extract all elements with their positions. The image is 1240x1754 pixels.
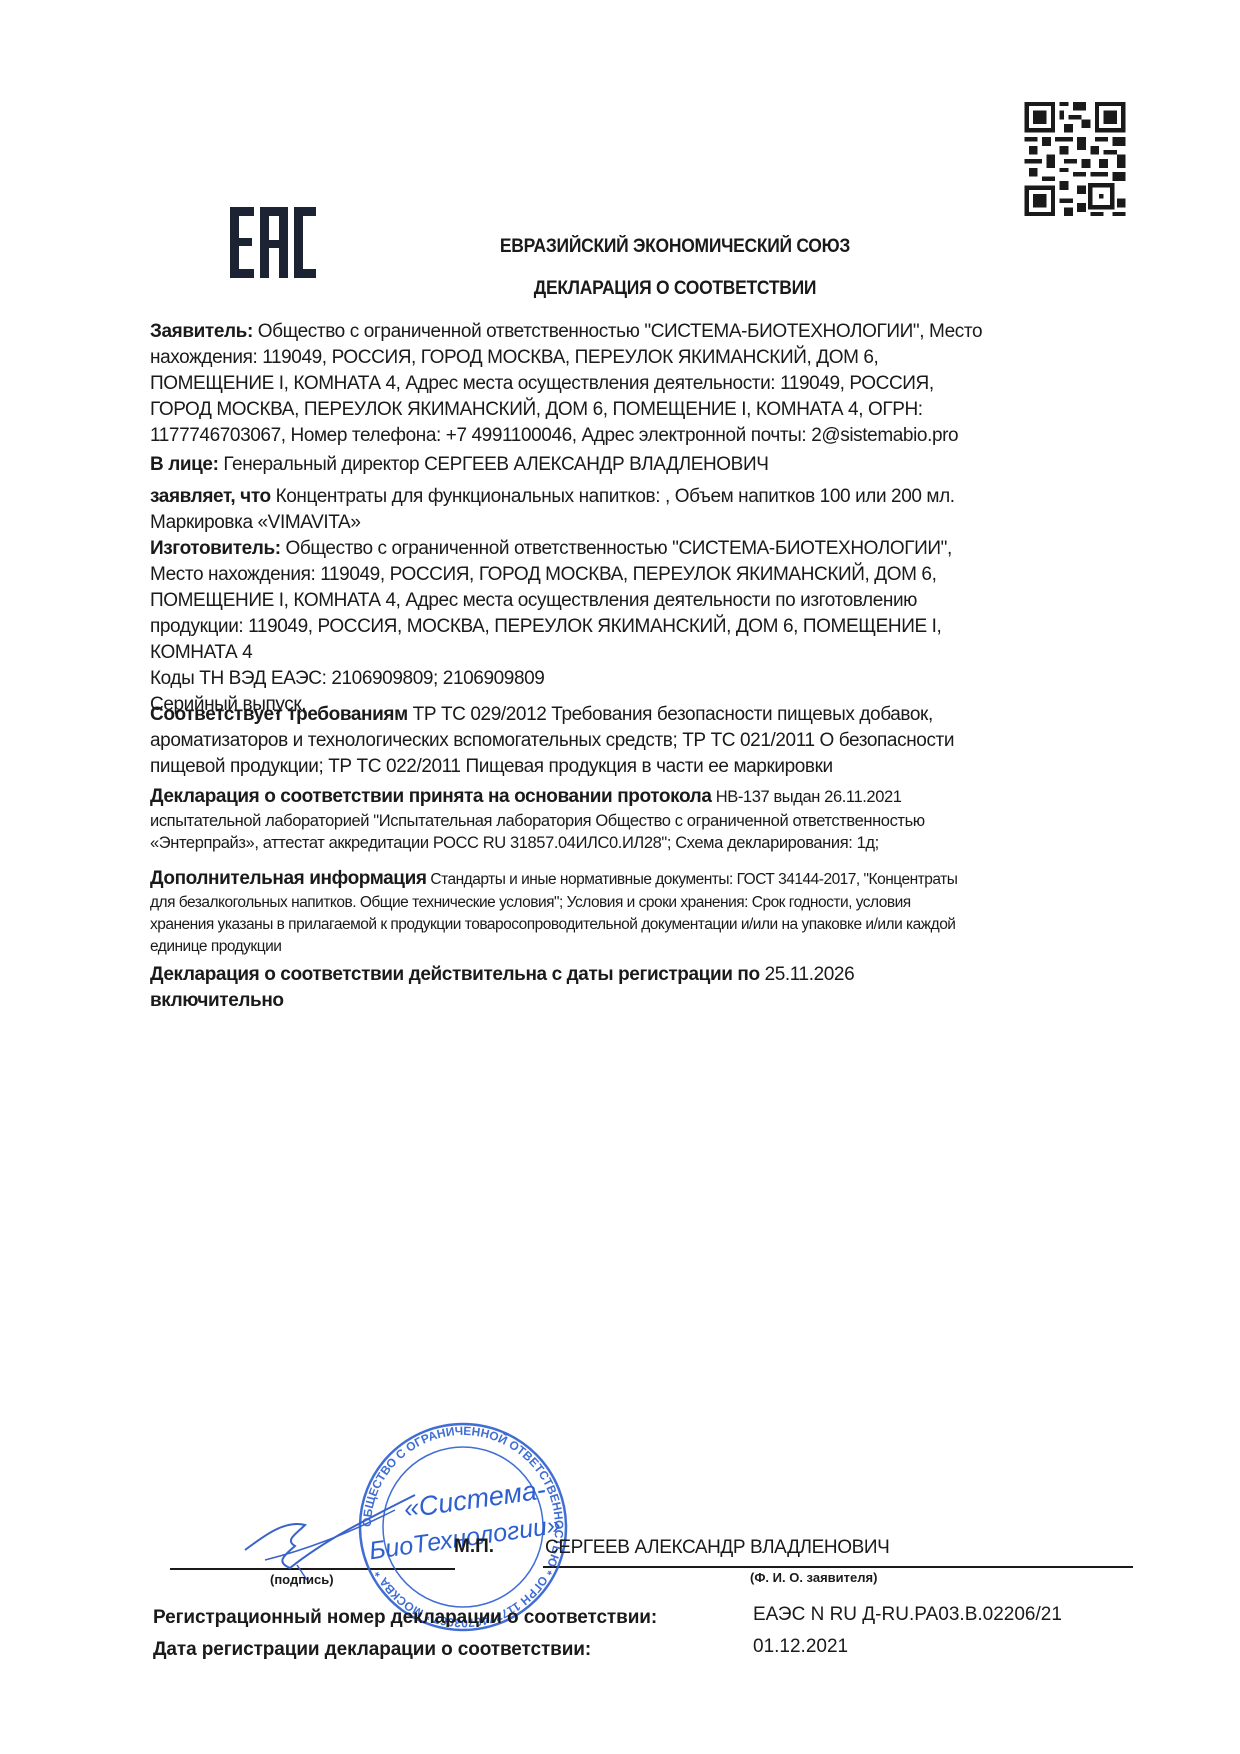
registration-date-value: 01.12.2021: [753, 1636, 848, 1658]
product-description: Концентраты для функциональных напитков:…: [271, 486, 955, 507]
applicant-label: Заявитель:: [150, 321, 253, 342]
additional-info-line: хранения указаны в прилагаемой к продукц…: [150, 914, 1130, 936]
protocol-info: НВ-137 выдан 26.11.2021: [712, 788, 902, 806]
seal-place-marker: М.П.: [454, 1536, 494, 1558]
applicant-line: ПОМЕЩЕНИЕ I, КОМНАТА 4, Адрес места осущ…: [150, 371, 1130, 397]
requirements-section: Соответствует требованиям ТР ТС 029/2012…: [150, 702, 1130, 780]
manufacturer-line: продукции: 119049, РОССИЯ, МОСКВА, ПЕРЕУ…: [150, 614, 1130, 640]
requirements-line: ТР ТС 029/2012 Требования безопасности п…: [408, 704, 933, 725]
represented-by-label: В лице:: [150, 454, 219, 475]
basis-line: «Энтерпрайз», аттестат аккредитации РОСС…: [150, 832, 1130, 854]
union-heading: ЕВРАЗИЙСКИЙ ЭКОНОМИЧЕСКИЙ СОЮЗ: [105, 236, 1240, 258]
validity-label: Декларация о соответствии действительна …: [150, 964, 760, 985]
validity-date: 25.11.2026: [760, 964, 855, 985]
basis-line: испытательной лабораторией "Испытательна…: [150, 810, 1130, 832]
applicant-line: ГОРОД МОСКВА, ПЕРЕУЛОК ЯКИМАНСКИЙ, ДОМ 6…: [150, 397, 1130, 423]
applicant-section: Заявитель: Общество с ограниченной ответ…: [150, 319, 1130, 478]
registration-number-value: ЕАЭС N RU Д-RU.РА03.В.02206/21: [753, 1604, 1062, 1626]
document-title: ДЕКЛАРАЦИЯ О СООТВЕТСТВИИ: [105, 278, 1240, 300]
manufacturer-label: Изготовитель:: [150, 538, 281, 559]
applicant-name: СЕРГЕЕВ АЛЕКСАНДР ВЛАДЛЕНОВИЧ: [545, 1537, 889, 1559]
manufacturer-line: Место нахождения: 119049, РОССИЯ, ГОРОД …: [150, 562, 1130, 588]
represented-by-value: Генеральный директор СЕРГЕЕВ АЛЕКСАНДР В…: [219, 454, 769, 475]
manufacturer-line: КОМНАТА 4: [150, 640, 1130, 666]
registration-date-label: Дата регистрации декларации о соответств…: [153, 1639, 591, 1661]
name-caption: (Ф. И. О. заявителя): [750, 1570, 877, 1585]
declares-label: заявляет, что: [150, 486, 271, 507]
declares-section: заявляет, что Концентраты для функционал…: [150, 484, 1130, 718]
tn-ved-codes: Коды ТН ВЭД ЕАЭС: 2106909809; 2106909809: [150, 666, 1130, 692]
applicant-line: Общество с ограниченной ответственностью…: [253, 321, 982, 342]
additional-info-line: для безалкогольных напитков. Общие техни…: [150, 892, 1130, 914]
applicant-contacts: 1177746703067, Номер телефона: +7 499110…: [150, 423, 1130, 449]
validity-suffix: включительно: [150, 988, 1130, 1014]
additional-info-section: Дополнительная информация Стандарты и ин…: [150, 866, 1130, 958]
signature-caption: (подпись): [270, 1572, 334, 1587]
name-line: [543, 1566, 1133, 1568]
basis-label: Декларация о соответствии принята на осн…: [150, 786, 712, 807]
basis-section: Декларация о соответствии принята на осн…: [150, 784, 1130, 854]
requirements-label: Соответствует требованиям: [150, 704, 408, 725]
requirements-line: пищевой продукции; ТР ТС 022/2011 Пищева…: [150, 754, 1130, 780]
applicant-line: нахождения: 119049, РОССИЯ, ГОРОД МОСКВА…: [150, 345, 1130, 371]
validity-section: Декларация о соответствии действительна …: [150, 962, 1130, 1014]
registration-number-label: Регистрационный номер декларации о соотв…: [153, 1607, 657, 1629]
qr-code-icon: [1020, 97, 1130, 221]
requirements-line: ароматизаторов и технологических вспомог…: [150, 728, 1130, 754]
manufacturer-line: ПОМЕЩЕНИЕ I, КОМНАТА 4, Адрес места осущ…: [150, 588, 1130, 614]
company-seal-icon: ОБЩЕСТВО С ОГРАНИЧЕННОЙ ОТВЕТСТВЕННОСТЬЮ…: [358, 1418, 568, 1636]
additional-info-line: Стандарты и иные нормативные документы: …: [427, 871, 958, 888]
additional-info-label: Дополнительная информация: [150, 868, 427, 889]
manufacturer-line: Общество с ограниченной ответственностью…: [281, 538, 952, 559]
product-marking: Маркировка «VIMAVITA»: [150, 510, 1130, 536]
additional-info-line: единице продукции: [150, 936, 1130, 958]
